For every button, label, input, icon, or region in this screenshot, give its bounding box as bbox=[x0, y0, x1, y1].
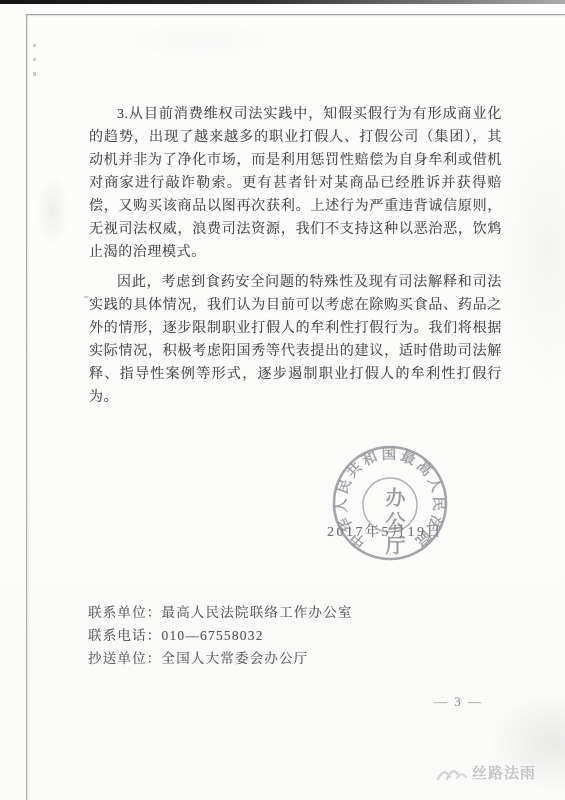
scan-speck bbox=[33, 72, 36, 76]
seal-center-text: 办公厅 bbox=[379, 487, 408, 565]
contact-unit-line: 联系单位：最高人民法院联络工作办公室 bbox=[88, 601, 353, 624]
contact-cc-line: 抄送单位：全国人大常委会办公厅 bbox=[88, 647, 353, 670]
scan-speck bbox=[84, 296, 88, 298]
scanner-edge-strip bbox=[0, 0, 565, 4]
watermark: 丝路法雨 bbox=[436, 762, 536, 783]
scan-smudge bbox=[120, 20, 280, 60]
watermark-text: 丝路法雨 bbox=[472, 762, 536, 783]
scan-smudge bbox=[498, 110, 565, 390]
page-edge-line-vertical bbox=[26, 14, 27, 800]
contact-block: 联系单位：最高人民法院联络工作办公室 联系电话：010—67558032 抄送单… bbox=[88, 601, 353, 670]
page-edge-line-horizontal bbox=[26, 14, 565, 15]
scan-speck bbox=[33, 44, 36, 47]
document-body: 3.从目前消费维权司法实践中，知假买假行为有形成商业化的趋势，出现了越来越多的职… bbox=[89, 103, 502, 409]
paragraph-conclusion: 因此，考虑到食药安全问题的特殊性及现有司法解释和司法实践的具体情况，我们认为目前… bbox=[89, 271, 502, 409]
scan-speck bbox=[33, 58, 36, 61]
page-number: — 3 — bbox=[434, 694, 483, 710]
watermark-logo-icon bbox=[436, 763, 470, 783]
scan-smudge bbox=[36, 175, 70, 245]
contact-phone-line: 联系电话：010—67558032 bbox=[88, 624, 353, 647]
paragraph-judicial-practice: 3.从目前消费维权司法实践中，知假买假行为有形成商业化的趋势，出现了越来越多的职… bbox=[89, 103, 502, 264]
scanned-document-page: 3.从目前消费维权司法实践中，知假买假行为有形成商业化的趋势，出现了越来越多的职… bbox=[0, 0, 565, 800]
